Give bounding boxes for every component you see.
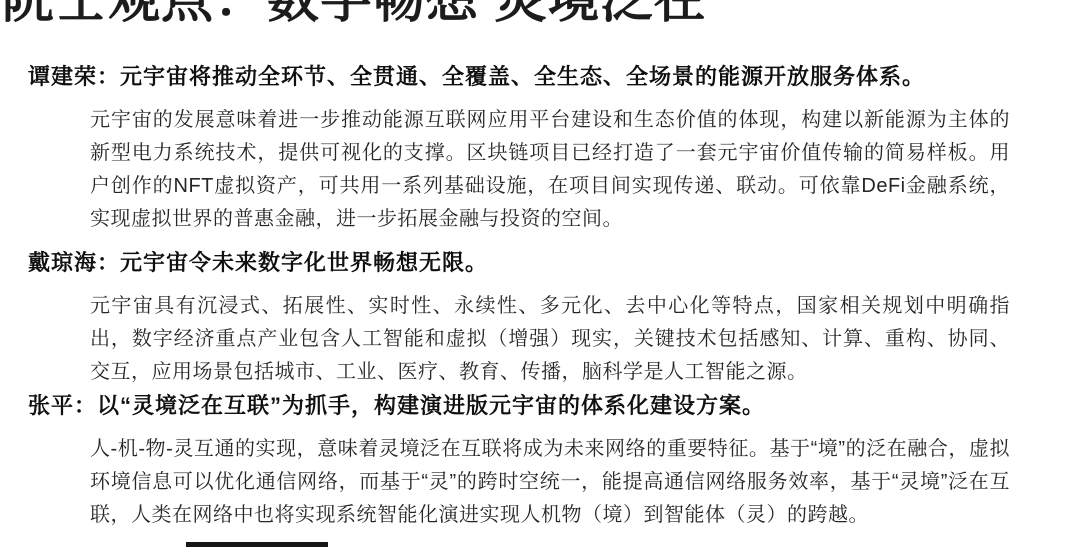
section-heading-zhangping: 张平：以“灵境泛在互联”为抓手，构建演进版元宇宙的体系化建设方案。 (28, 391, 1080, 421)
page-title: 院士观点：数字畅想 灵境泛在 (2, 0, 1080, 26)
section-heading-daiqionghai: 戴琼海：元宇宙令未来数字化世界畅想无限。 (28, 248, 1080, 278)
section-heading-tanjianrong: 谭建荣：元宇宙将推动全环节、全贯通、全覆盖、全生态、全场景的能源开放服务体系。 (28, 62, 1080, 92)
section-body-tanjianrong: 元宇宙的发展意味着进一步推动能源互联网应用平台建设和生态价值的体现，构建以新能源… (90, 104, 1010, 236)
section-tanjianrong: 谭建荣：元宇宙将推动全环节、全贯通、全覆盖、全生态、全场景的能源开放服务体系。 … (0, 62, 1080, 236)
document-page: { "page": { "title": "院士观点：数字畅想 灵境泛在", "… (0, 0, 1080, 547)
document-canvas: 院士观点：数字畅想 灵境泛在 谭建荣：元宇宙将推动全环节、全贯通、全覆盖、全生态… (0, 0, 1080, 547)
next-heading-cutoff-fragment (186, 542, 328, 547)
section-zhangping: 张平：以“灵境泛在互联”为抓手，构建演进版元宇宙的体系化建设方案。 人-机-物-… (0, 391, 1080, 532)
section-daiqionghai: 戴琼海：元宇宙令未来数字化世界畅想无限。 元宇宙具有沉浸式、拓展性、实时性、永续… (0, 248, 1080, 389)
section-body-daiqionghai: 元宇宙具有沉浸式、拓展性、实时性、永续性、多元化、去中心化等特点，国家相关规划中… (90, 290, 1010, 389)
section-body-zhangping: 人-机-物-灵互通的实现，意味着灵境泛在互联将成为未来网络的重要特征。基于“境”… (90, 433, 1010, 532)
